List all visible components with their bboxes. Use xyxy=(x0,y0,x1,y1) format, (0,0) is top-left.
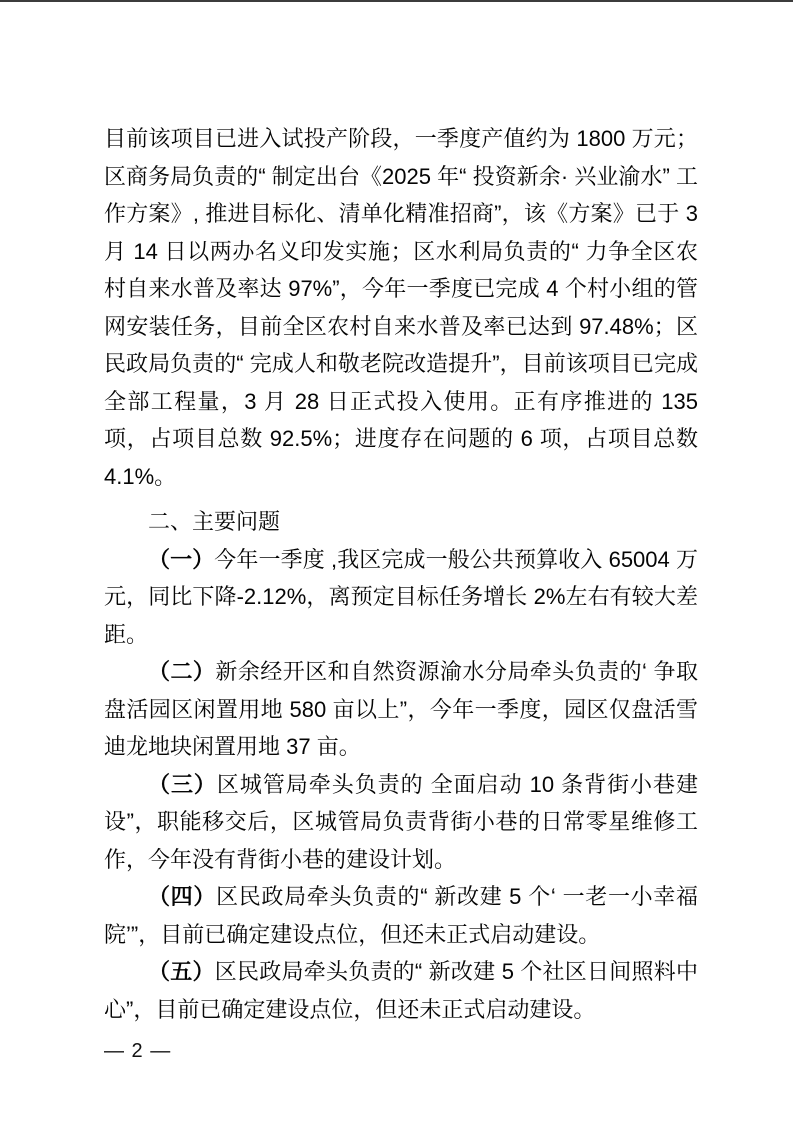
item-marker: （五） xyxy=(148,959,215,984)
paragraph: （三）区城管局牵头负责的 全面启动 10 条背街小巷建设”，职能移交后，区城管局… xyxy=(104,766,698,879)
paragraph: （四）区民政局牵头负责的“ 新改建 5 个‘ 一老一小幸福院’”，目前已确定建设… xyxy=(104,878,698,953)
document-page: 目前该项目已进入试投产阶段，一季度产值约为 1800 万元；区商务局负责的“ 制… xyxy=(0,0,793,1122)
item-marker: （二） xyxy=(148,659,215,684)
paragraph-text: 目前该项目已进入试投产阶段，一季度产值约为 1800 万元；区商务局负责的“ 制… xyxy=(104,126,698,489)
item-marker: （三） xyxy=(148,772,217,797)
paragraph-text: 二、主要问题 xyxy=(148,509,280,534)
item-marker: （一） xyxy=(148,547,214,572)
paragraph: （五）区民政局牵头负责的“ 新改建 5 个社区日间照料中心”，目前已确定建设点位… xyxy=(104,953,698,1028)
paragraph: （二）新余经开区和自然资源渝水分局牵头负责的‘ 争取盘活园区闲置用地 580 亩… xyxy=(104,653,698,766)
document-body: 目前该项目已进入试投产阶段，一季度产值约为 1800 万元；区商务局负责的“ 制… xyxy=(104,120,698,1028)
paragraph: （一）今年一季度 ,我区完成一般公共预算收入 65004 万元，同比下降-2.1… xyxy=(104,541,698,654)
page-number: — 2 — xyxy=(104,1038,171,1064)
paragraph: 目前该项目已进入试投产阶段，一季度产值约为 1800 万元；区商务局负责的“ 制… xyxy=(104,120,698,495)
page-top-edge xyxy=(0,0,793,2)
item-marker: （四） xyxy=(148,884,216,909)
section-heading: 二、主要问题 xyxy=(104,503,698,541)
